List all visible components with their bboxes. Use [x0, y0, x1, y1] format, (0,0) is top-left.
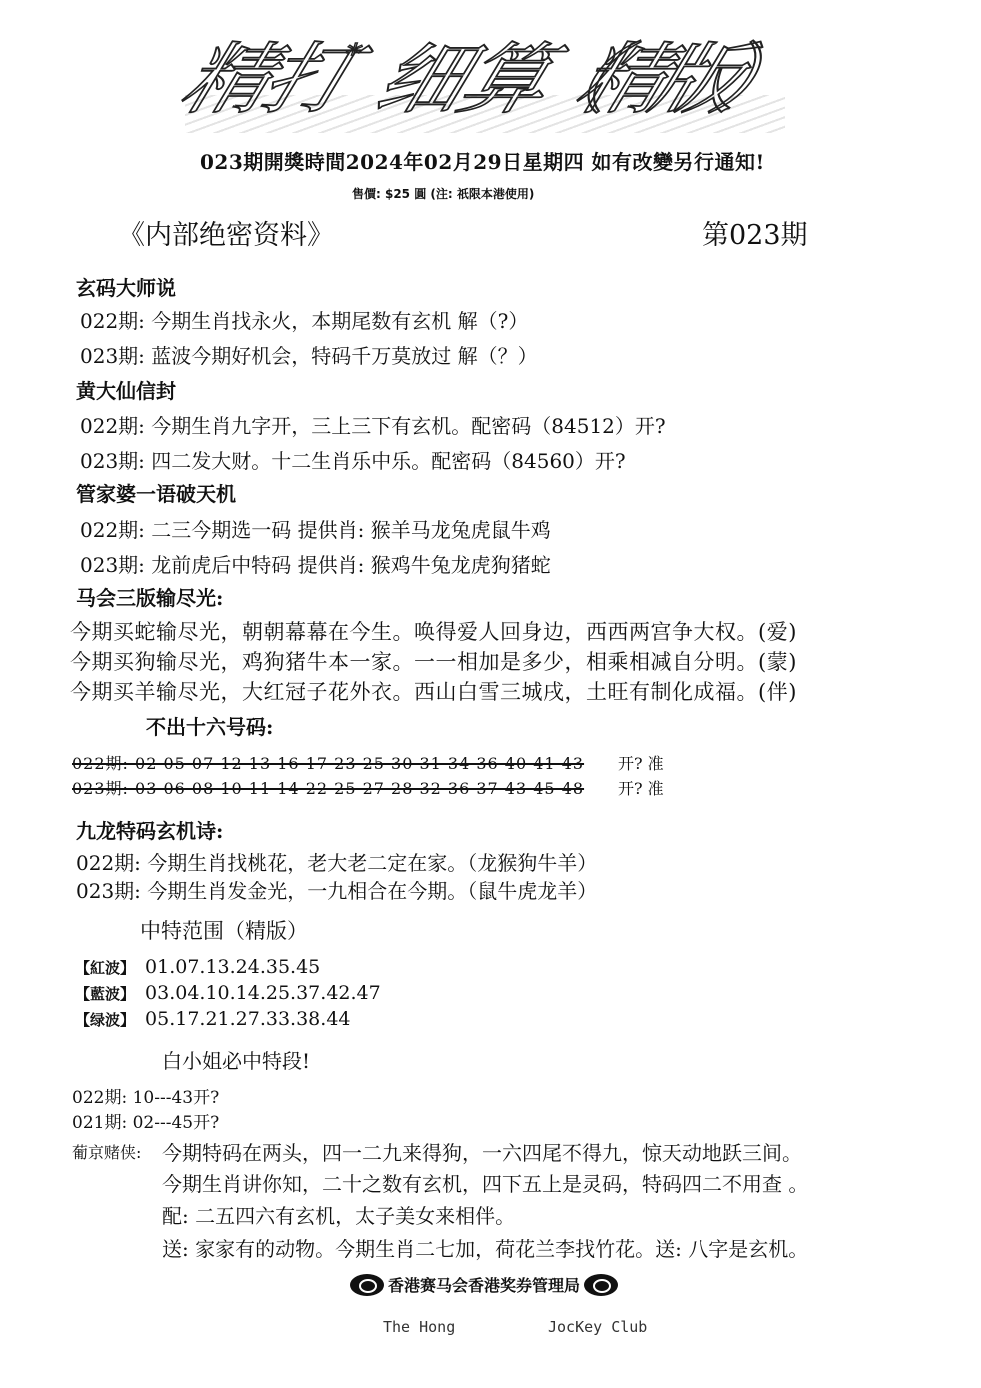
pujing-line: 配: 二五四六有玄机，太子美女来相伴。 — [162, 1200, 515, 1229]
section-heading-buchu: 不出十六号码: — [146, 711, 273, 740]
jockey-club-emblem-icon — [584, 1274, 618, 1296]
wave-numbers: 05.17.21.27.33.38.44 — [145, 1008, 350, 1030]
footer-en-right: JocKey Club — [548, 1318, 647, 1336]
baixiaojie-line: 022期: 10---43开? — [72, 1083, 219, 1108]
title-art: 精 打 * 细 算 （ 精 版 ） — [185, 25, 785, 135]
wave-numbers: 01.07.13.24.35.45 — [145, 956, 320, 978]
mahui-line: 今期买蛇输尽光，朝朝幕幕在今生。唤得爱人回身边，西西两宫争大权。(爱) — [70, 616, 797, 646]
wave-numbers: 03.04.10.14.25.37.42.47 — [145, 982, 381, 1004]
wave-label: 【绿波】 — [75, 1011, 135, 1029]
section-heading-zhongte: 中特范围（精版） — [140, 915, 308, 945]
jockey-club-emblem-icon — [350, 1274, 384, 1296]
wave-row-blue: 【藍波】03.04.10.14.25.37.42.47 — [75, 982, 381, 1004]
pujing-line: 今期生肖讲你知，二十之数有玄机，四下五上是灵码，特码四二不用查 。 — [162, 1168, 808, 1197]
buchu-row-strikethrough: 022期: 02 05 07 12 13 16 17 23 25 30 31 3… — [72, 751, 584, 774]
price-note: 售價: $25 圓 (注: 祇限本港使用) — [352, 185, 534, 202]
buchu-row-tail: 开? 准 — [618, 751, 664, 774]
footer-org: 香港赛马会香港奖券管理局 — [388, 1273, 580, 1296]
pujing-line: 送: 家家有的动物。今期生肖二七加，荷花兰李找竹花。送: 八字是玄机。 — [162, 1233, 808, 1262]
section-heading-xuanma: 玄码大师说 — [76, 272, 176, 301]
issue-number: 第023期 — [702, 213, 808, 252]
wave-label: 【紅波】 — [75, 959, 135, 977]
section-heading-jiulong: 九龙特码玄机诗: — [76, 815, 223, 844]
section-heading-baixiaojie: 白小姐必中特段! — [162, 1045, 310, 1074]
jiulong-line: 022期: 今期生肖找桃花，老大老二定在家。（龙猴狗牛羊） — [76, 847, 597, 876]
footer-logo: 香港赛马会香港奖券管理局 — [350, 1273, 618, 1296]
huangdaxian-line: 022期: 今期生肖九字开，三上三下有玄机。配密码（84512）开? — [80, 410, 666, 439]
doc-title: 《内部绝密资料》 — [118, 213, 334, 252]
pujing-label: 葡京赌侠: — [72, 1140, 141, 1163]
mahui-line: 今期买羊输尽光，大红冠子花外衣。西山白雪三城戌，土旺有制化成福。(伴) — [70, 676, 797, 706]
guanjiapo-line: 022期: 二三今期选一码 提供肖: 猴羊马龙兔虎鼠牛鸡 — [80, 514, 551, 543]
wave-row-red: 【紅波】01.07.13.24.35.45 — [75, 956, 320, 978]
mahui-line: 今期买狗输尽光，鸡狗猪牛本一家。一一相加是多少，相乘相减自分明。(蒙) — [70, 646, 797, 676]
guanjiapo-line: 023期: 龙前虎后中特码 提供肖: 猴鸡牛兔龙虎狗猪蛇 — [80, 549, 551, 578]
baixiaojie-line: 021期: 02---45开? — [72, 1108, 219, 1133]
footer-en-left: The Hong — [383, 1318, 455, 1336]
section-heading-guanjiapo: 管家婆一语破天机 — [76, 478, 236, 507]
section-heading-huangdaxian: 黄大仙信封 — [76, 375, 176, 404]
wave-label: 【藍波】 — [75, 985, 135, 1003]
buchu-row-tail: 开? 准 — [618, 776, 664, 799]
jiulong-line: 023期: 今期生肖发金光，一九相合在今期。（鼠牛虎龙羊） — [76, 875, 597, 904]
wave-row-green: 【绿波】05.17.21.27.33.38.44 — [75, 1008, 351, 1030]
draw-notice: 023期開獎時間2024年02月29日星期四 如有改變另行通知! — [200, 146, 765, 175]
huangdaxian-line: 023期: 四二发大财。十二生肖乐中乐。配密码（84560）开? — [80, 445, 626, 474]
pujing-line: 今期特码在两头，四一二九来得狗，一六四尾不得九，惊天动地跃三间。 — [162, 1137, 802, 1166]
section-heading-mahui: 马会三版输尽光: — [76, 582, 223, 611]
xuanma-line: 022期: 今期生肖找永火，本期尾数有玄机 解（?） — [80, 305, 528, 334]
xuanma-line: 023期: 蓝波今期好机会，特码千万莫放过 解（？） — [80, 340, 538, 369]
buchu-row-strikethrough: 023期: 03 06 08 10 11 14 22 25 27 28 32 3… — [72, 776, 584, 799]
